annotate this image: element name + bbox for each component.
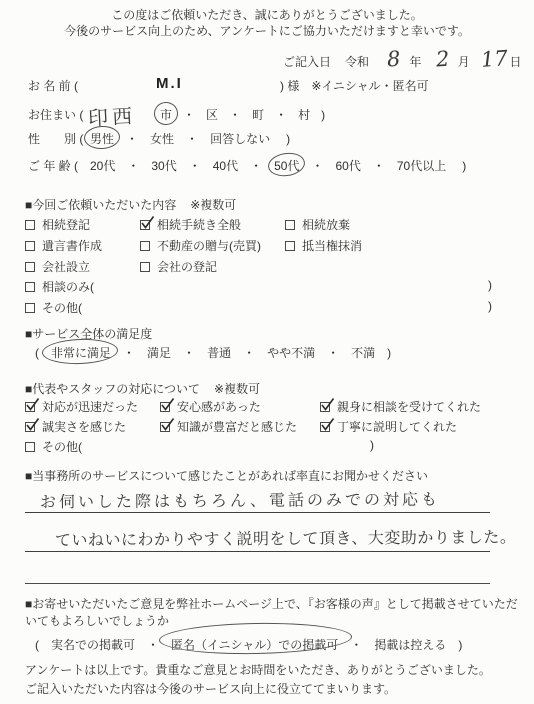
checkbox-item-souzoku-touki[interactable]: 相続登記 [25,216,90,233]
option-age-60s[interactable]: 60代 [336,157,361,174]
option-town[interactable]: 町 [252,106,264,123]
option-very-satisfied[interactable]: 非常に満足 [51,344,111,361]
close-paren: ) [488,299,492,313]
checkbox[interactable] [160,402,170,412]
dot-separator: ・ [311,157,323,174]
header-line-1: この度はご依頼いただき、誠にありがとうございました。 [0,6,534,23]
check-mark-icon [319,397,335,413]
gender-label: 性 別 ( [28,130,83,147]
dot-separator: ・ [327,344,339,361]
checkbox-label: その他( [42,299,82,316]
checkbox-item-souzoku-tetsuduki[interactable]: 相続手続き全般 [140,216,241,233]
checkbox-item-soudan-nomi[interactable]: 相談のみ( ) [25,278,509,295]
option-neutral[interactable]: 普通 [207,344,231,361]
check-mark-icon [319,417,335,433]
month-value-handwritten: 2 [436,49,451,71]
option-age-50s[interactable]: 50代 [274,157,299,174]
checkbox-label: 抵当権抹消 [302,237,362,254]
check-mark-icon [24,417,40,433]
close-paren: ) [286,132,290,146]
comments-section-title: ■当事務所のサービスについて感じたことがあれば率直にお聞かせください [25,467,428,484]
checkbox[interactable] [160,422,170,432]
dot-separator: ・ [189,157,201,174]
year-value-handwritten: 8 [386,49,401,71]
date-row: ご記入日 令和 8 年 2 月 17 日 [283,49,522,75]
checkbox-label: 不動産の贈与(売買) [157,237,261,254]
era-label: 令和 [345,53,369,70]
close-paren: ) [488,278,492,292]
checkbox-item-teitouken[interactable]: 抵当権抹消 [285,237,362,254]
section-divider [25,583,490,584]
option-real-name-ok[interactable]: 実名での掲載可 [51,636,135,653]
dot-separator: ・ [126,130,138,147]
open-paren: ( [35,638,39,652]
dot-separator: ・ [186,130,198,147]
gender-options: 男性 ・ 女性 ・ 回答しない ) [90,130,290,147]
checkbox-item-sincerity[interactable]: 誠実さを感じた [25,418,126,435]
option-age-40s[interactable]: 40代 [213,157,238,174]
header-line-2: 今後のサービス向上のため、アンケートにご協力いただけますと幸いです。 [0,22,534,39]
checkbox-label: 遺言書作成 [42,237,102,254]
checkbox-label: 会社の登記 [157,258,217,275]
comment-ruled-line-2 [25,536,490,552]
option-city[interactable]: 市 [160,106,172,123]
checkbox-label: 安心感があった [177,398,261,415]
checkbox-label: 会社設立 [42,258,90,275]
checkbox[interactable] [25,402,35,412]
month-unit: 月 [458,53,470,70]
checkbox[interactable] [140,241,150,251]
option-somewhat-dissatisfied[interactable]: やや不満 [267,344,315,361]
dot-separator: ・ [147,636,159,653]
checkbox[interactable] [25,220,35,230]
checkbox-label: 相続手続き全般 [157,216,241,233]
dot-separator: ・ [275,106,287,123]
checkbox-item-sonota-request[interactable]: その他( ) [25,299,509,316]
dot-separator: ・ [373,157,385,174]
check-mark-icon [159,417,175,433]
address-options: 市 ・ 区 ・ 町 ・ 村 ) [160,106,325,123]
checkbox-item-fudousan-zouyo[interactable]: 不動産の贈与(売買) [140,237,261,254]
footer-line-2: ご記入いただいた内容は今後のサービス向上に役立ててまいります。 [25,680,396,697]
age-options: 20代 ・ 30代 ・ 40代 ・ 50代 ・ 60代 ・ 70代以上 ) [90,157,466,174]
option-male[interactable]: 男性 [90,130,114,147]
dot-separator: ・ [243,344,255,361]
checkbox-item-polite-explanation[interactable]: 丁寧に説明してくれた [320,418,457,435]
checkbox-label: 丁寧に説明してくれた [337,418,457,435]
publication-question-line-2: いてもよろしいでしょうか [25,612,169,629]
checkbox[interactable] [320,422,330,432]
checkbox-label: 親身に相談を受けてくれた [337,398,481,415]
checkbox[interactable] [25,442,35,452]
close-paren: ) [370,438,374,452]
dot-separator: ・ [350,636,362,653]
checkbox[interactable] [285,241,295,251]
checkbox-label: 相談のみ( [42,278,94,295]
checkbox[interactable] [25,303,35,313]
date-label: ご記入日 [283,53,331,70]
checkbox-item-kaisha-setsuritsu[interactable]: 会社設立 [25,258,90,275]
checkbox[interactable] [320,402,330,412]
dot-separator: ・ [229,106,241,123]
option-age-30s[interactable]: 30代 [151,157,176,174]
option-ward[interactable]: 区 [206,106,218,123]
footer-line-1: アンケートは以上です。貴重なご意見とお時間をいただき、ありがとうございました。 [25,661,491,678]
checkbox-label: 対応が迅速だった [42,398,138,415]
option-no-publication[interactable]: 掲載は控える [374,636,446,653]
publication-options: ( 実名での掲載可 ・ 匿名（イニシャル）での掲載可 ・ 掲載は控える ) [35,636,462,653]
day-unit: 日 [510,53,522,70]
checkbox[interactable] [140,262,150,272]
checkbox[interactable] [140,220,150,230]
checkbox[interactable] [25,282,35,292]
close-paren: ) [462,159,466,173]
check-mark-icon [24,397,40,413]
checkbox-label: その他( [42,438,82,455]
section-title: ■今回ご依頼いただいた内容 [25,196,176,213]
day-value-handwritten: 17 [480,48,508,71]
staff-section-title: ■代表やスタッフの対応について ※複数可 [25,380,260,397]
option-no-answer[interactable]: 回答しない [210,130,270,147]
comment-ruled-line-1 [25,497,490,513]
checkbox-label: 知識が豊富だと感じた [177,418,297,435]
checkbox-item-souzoku-houki[interactable]: 相続放棄 [285,216,350,233]
age-label: ご 年 齢 ( [28,157,78,174]
dot-separator: ・ [250,157,262,174]
option-dissatisfied[interactable]: 不満 [351,344,375,361]
address-row: お住まい ( 印西 市 ・ 区 ・ 町 ・ 村 ) [28,103,518,125]
section-title: ■代表やスタッフの対応について [25,380,200,397]
satisfaction-section-title: ■サービス全体の満足度 [25,325,152,342]
option-satisfied[interactable]: 満足 [147,344,171,361]
dot-separator: ・ [183,106,195,123]
checkbox-item-knowledgeable[interactable]: 知識が豊富だと感じた [160,418,297,435]
checkbox-label: 誠実さを感じた [42,418,126,435]
checkbox[interactable] [25,422,35,432]
option-village[interactable]: 村 [298,106,310,123]
close-paren: ) [458,638,462,652]
address-value-handwritten: 印西 [87,100,136,131]
name-label: お 名 前 ( [28,77,78,94]
close-paren: ) [321,108,325,122]
satisfaction-options: ( 非常に満足 ・ 満足 ・ 普通 ・ やや不満 ・ 不満 ) [35,344,391,361]
checkbox-label: 相続登記 [42,216,90,233]
year-unit: 年 [409,53,421,70]
checkbox-item-yuigon[interactable]: 遺言書作成 [25,237,102,254]
name-value-handwritten: M.I [156,75,183,92]
option-female[interactable]: 女性 [150,130,174,147]
open-paren: ( [35,346,39,360]
checkbox-item-attentive-consultation[interactable]: 親身に相談を受けてくれた [320,398,481,415]
checkbox-item-kaisha-touki[interactable]: 会社の登記 [140,258,217,275]
publication-question-line-1: ■お寄せいただいたご意見を弊社ホームページ上で、『お客様の声』として掲載させてい… [25,595,518,612]
checkbox[interactable] [285,220,295,230]
option-anonymous-ok[interactable]: 匿名（イニシャル）での掲載可 [171,636,338,653]
request-section-title: ■今回ご依頼いただいた内容 ※複数可 [25,196,236,213]
dot-separator: ・ [123,344,135,361]
checkbox[interactable] [25,241,35,251]
checkbox-item-reassuring[interactable]: 安心感があった [160,398,261,415]
dot-separator: ・ [127,157,139,174]
dot-separator: ・ [183,344,195,361]
checkbox-item-sonota-staff[interactable]: その他( ) [25,438,509,455]
check-mark-icon [139,215,155,231]
checkbox-item-quick-response[interactable]: 対応が迅速だった [25,398,138,415]
check-mark-icon [159,397,175,413]
checkbox-label: 相続放棄 [302,216,350,233]
address-label: お住まい ( [28,106,83,123]
close-paren: ) [387,346,391,360]
multiple-allowed-note: ※複数可 [190,196,236,213]
name-suffix: ) 様 ※イニシャル・匿名可 [280,77,429,94]
scanned-questionnaire-page: { "colors": { "ink": "#2f2f2f", "handwri… [0,0,534,704]
option-age-20s[interactable]: 20代 [90,157,115,174]
checkbox[interactable] [25,262,35,272]
multiple-allowed-note: ※複数可 [214,380,260,397]
option-age-70s[interactable]: 70代以上 [397,157,446,174]
